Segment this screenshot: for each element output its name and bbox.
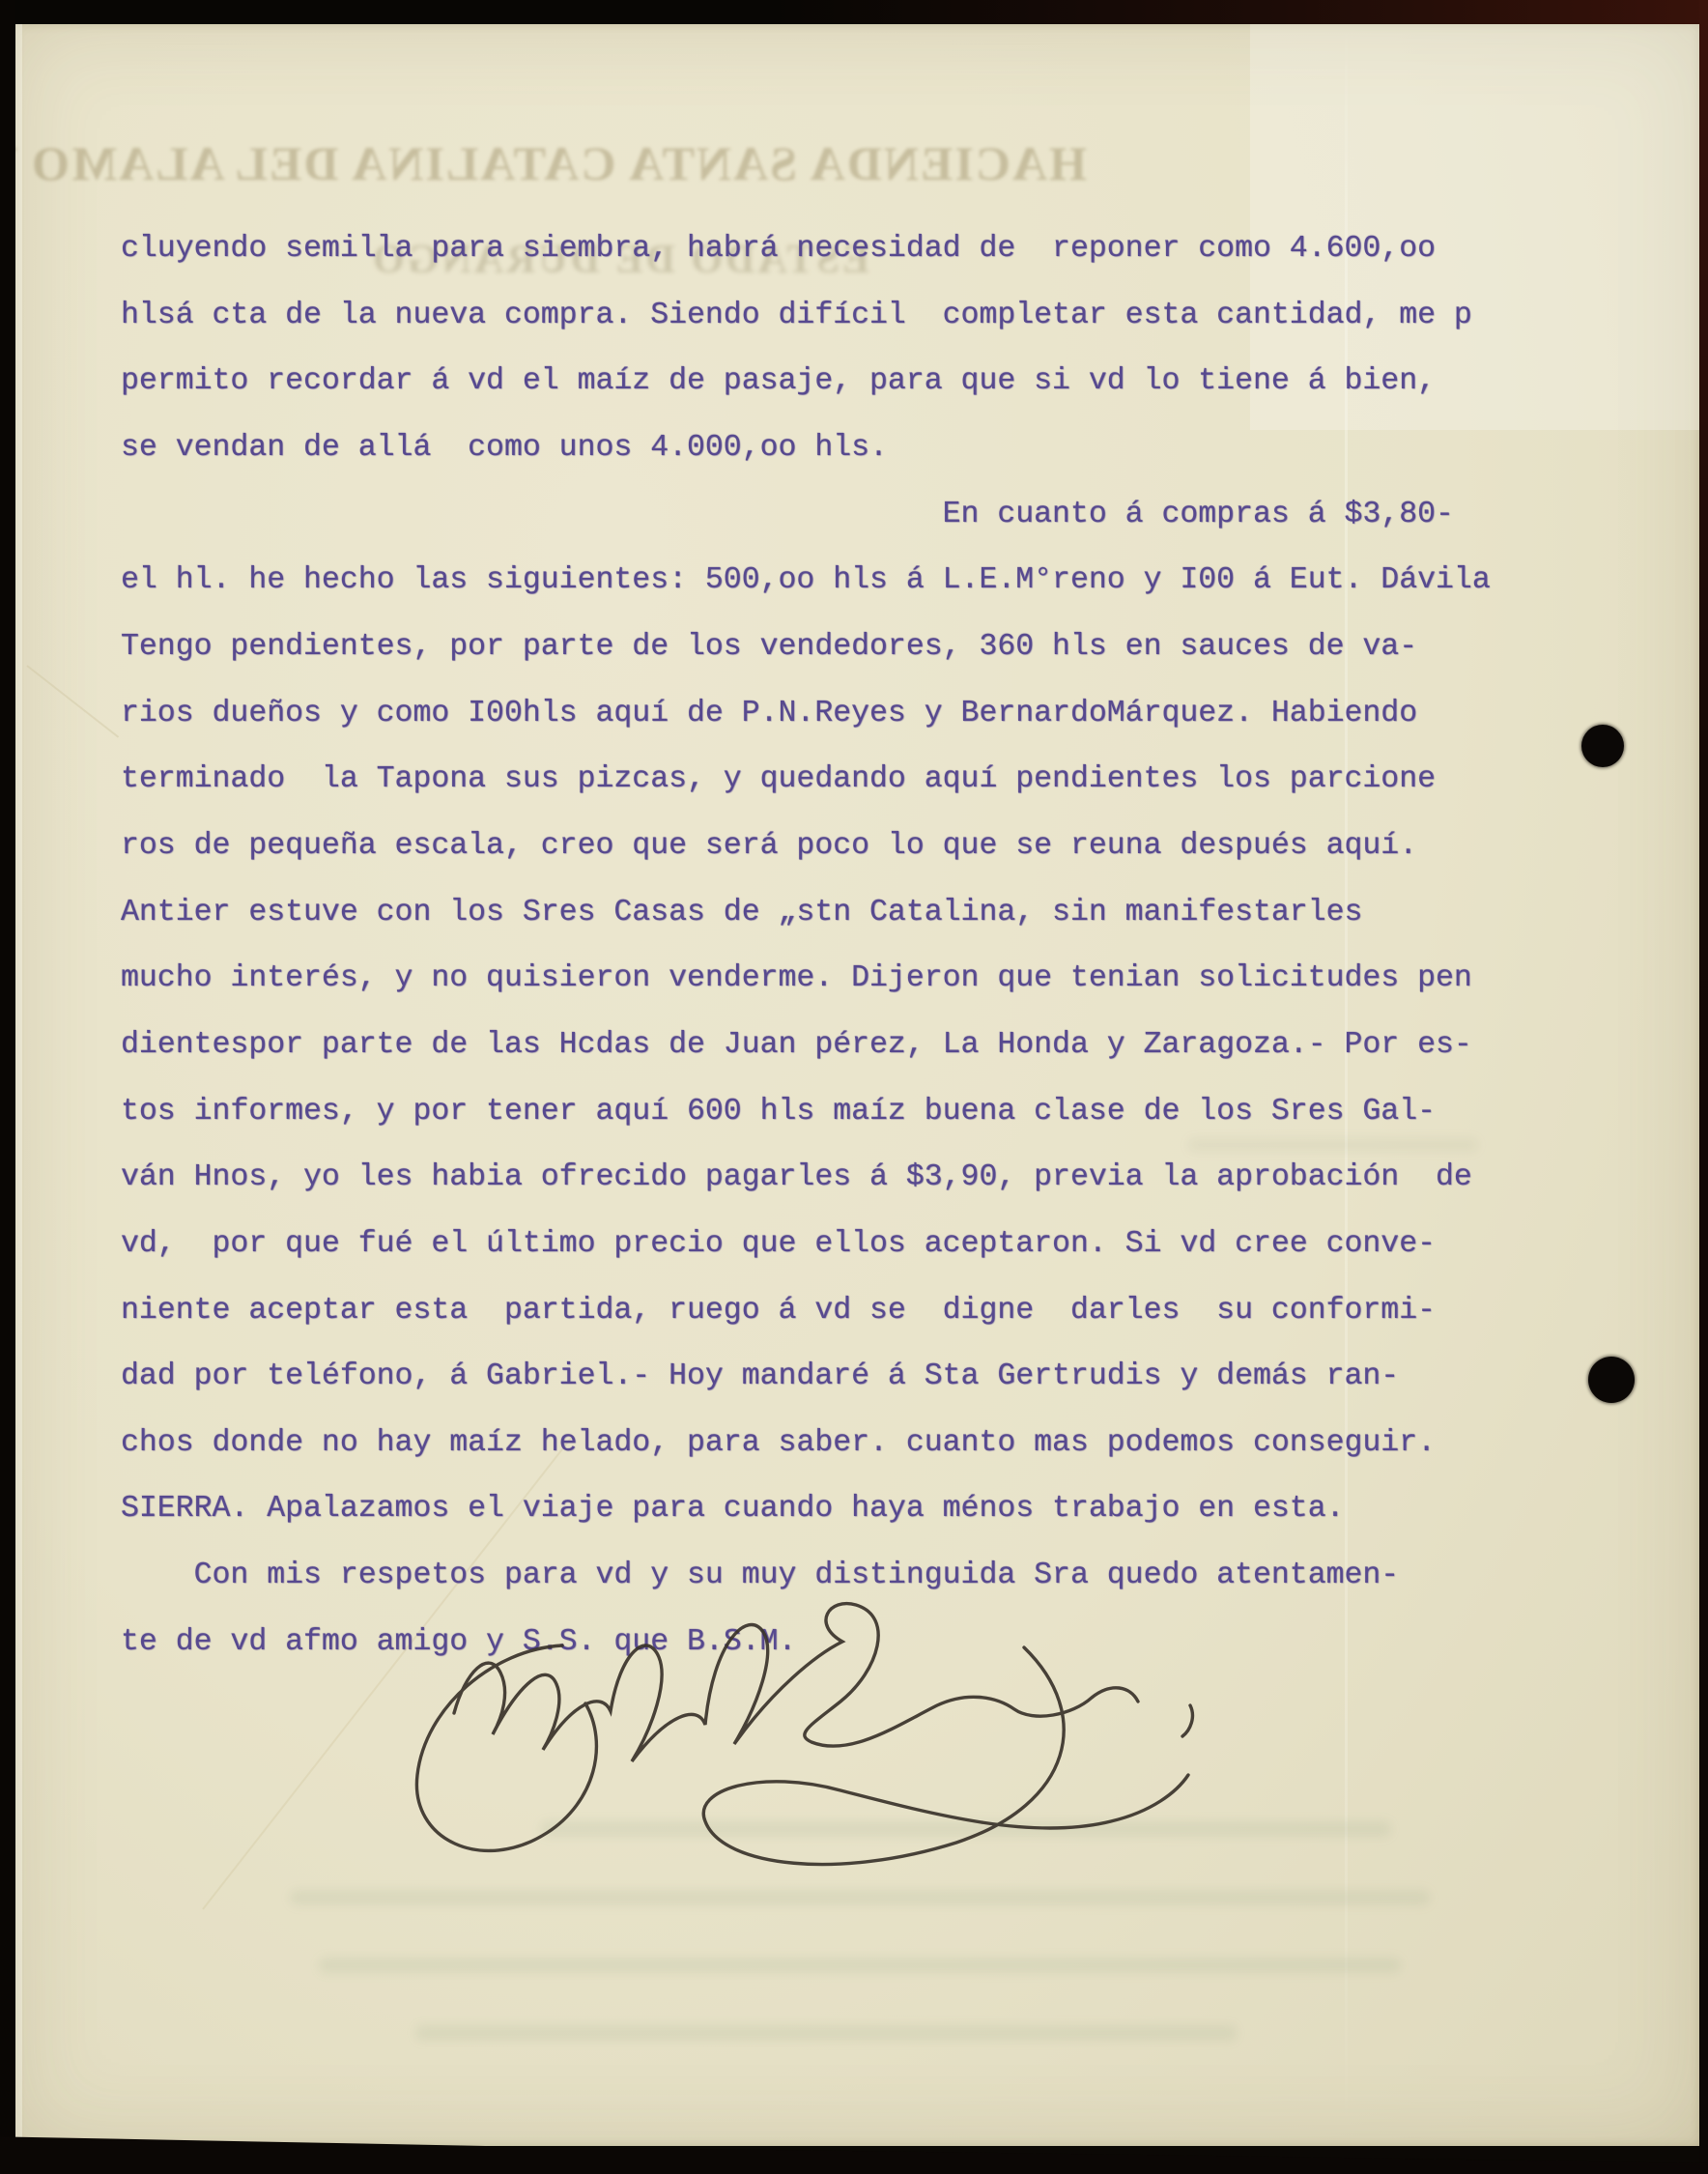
letterhead-bleedthrough-line1: HACIENDA SANTA CATALINA DEL ALAMO Y ANEX… (217, 135, 1087, 191)
typed-line: tos informes, y por tener aquí 600 hls m… (121, 1079, 1541, 1146)
typed-line: rios dueños y como I00hls aquí de P.N.Re… (121, 681, 1541, 748)
typed-line: vd, por que fué el último precio que ell… (121, 1212, 1541, 1278)
handwritten-signature (357, 1589, 1227, 1918)
typed-line: Antier estuve con los Sres Casas de „stn… (121, 880, 1541, 947)
typed-line: dientespor parte de las Hcdas de Juan pé… (121, 1013, 1541, 1079)
typed-line: cluyendo semilla para siembra, habrá nec… (121, 216, 1541, 283)
typed-line: terminado la Tapona sus pizcas, y quedan… (121, 747, 1541, 814)
typed-line: ros de pequeña escala, creo que será poc… (121, 814, 1541, 880)
scan-frame-right (1699, 0, 1708, 2174)
typed-line: dad por teléfono, á Gabriel.- Hoy mandar… (121, 1344, 1541, 1411)
verso-ghost-line (319, 1958, 1401, 1973)
typed-line: hlsá cta de la nueva compra. Siendo difí… (121, 283, 1541, 350)
scanned-letter-page: HACIENDA SANTA CATALINA DEL ALAMO Y ANEX… (0, 0, 1708, 2174)
scan-frame-left (0, 0, 15, 2174)
punch-hole-top (1581, 725, 1624, 767)
typed-line: el hl. he hecho las siguientes: 500,oo h… (121, 548, 1541, 615)
punch-hole-bottom (1588, 1357, 1635, 1403)
paper-edge-highlight (15, 24, 22, 2146)
typed-line: ván Hnos, yo les habia ofrecido pagarles… (121, 1145, 1541, 1212)
typed-line: En cuanto á compras á $3,80- (121, 482, 1541, 549)
scan-frame-top (0, 0, 1708, 24)
typed-line: chos donde no hay maíz helado, para sabe… (121, 1411, 1541, 1477)
typed-line: SIERRA. Apalazamos el viaje para cuando … (121, 1476, 1541, 1543)
typed-line: niente aceptar esta partida, ruego á vd … (121, 1278, 1541, 1345)
typed-letter-body: cluyendo semilla para siembra, habrá nec… (121, 216, 1541, 1675)
typed-line: mucho interés, y no quisieron venderme. … (121, 946, 1541, 1013)
typed-line: se vendan de allá como unos 4.000,oo hls… (121, 415, 1541, 482)
typed-line: permito recordar á vd el maíz de pasaje,… (121, 349, 1541, 415)
verso-ghost-line (415, 2025, 1237, 2041)
typed-line: Tengo pendientes, por parte de los vende… (121, 615, 1541, 681)
